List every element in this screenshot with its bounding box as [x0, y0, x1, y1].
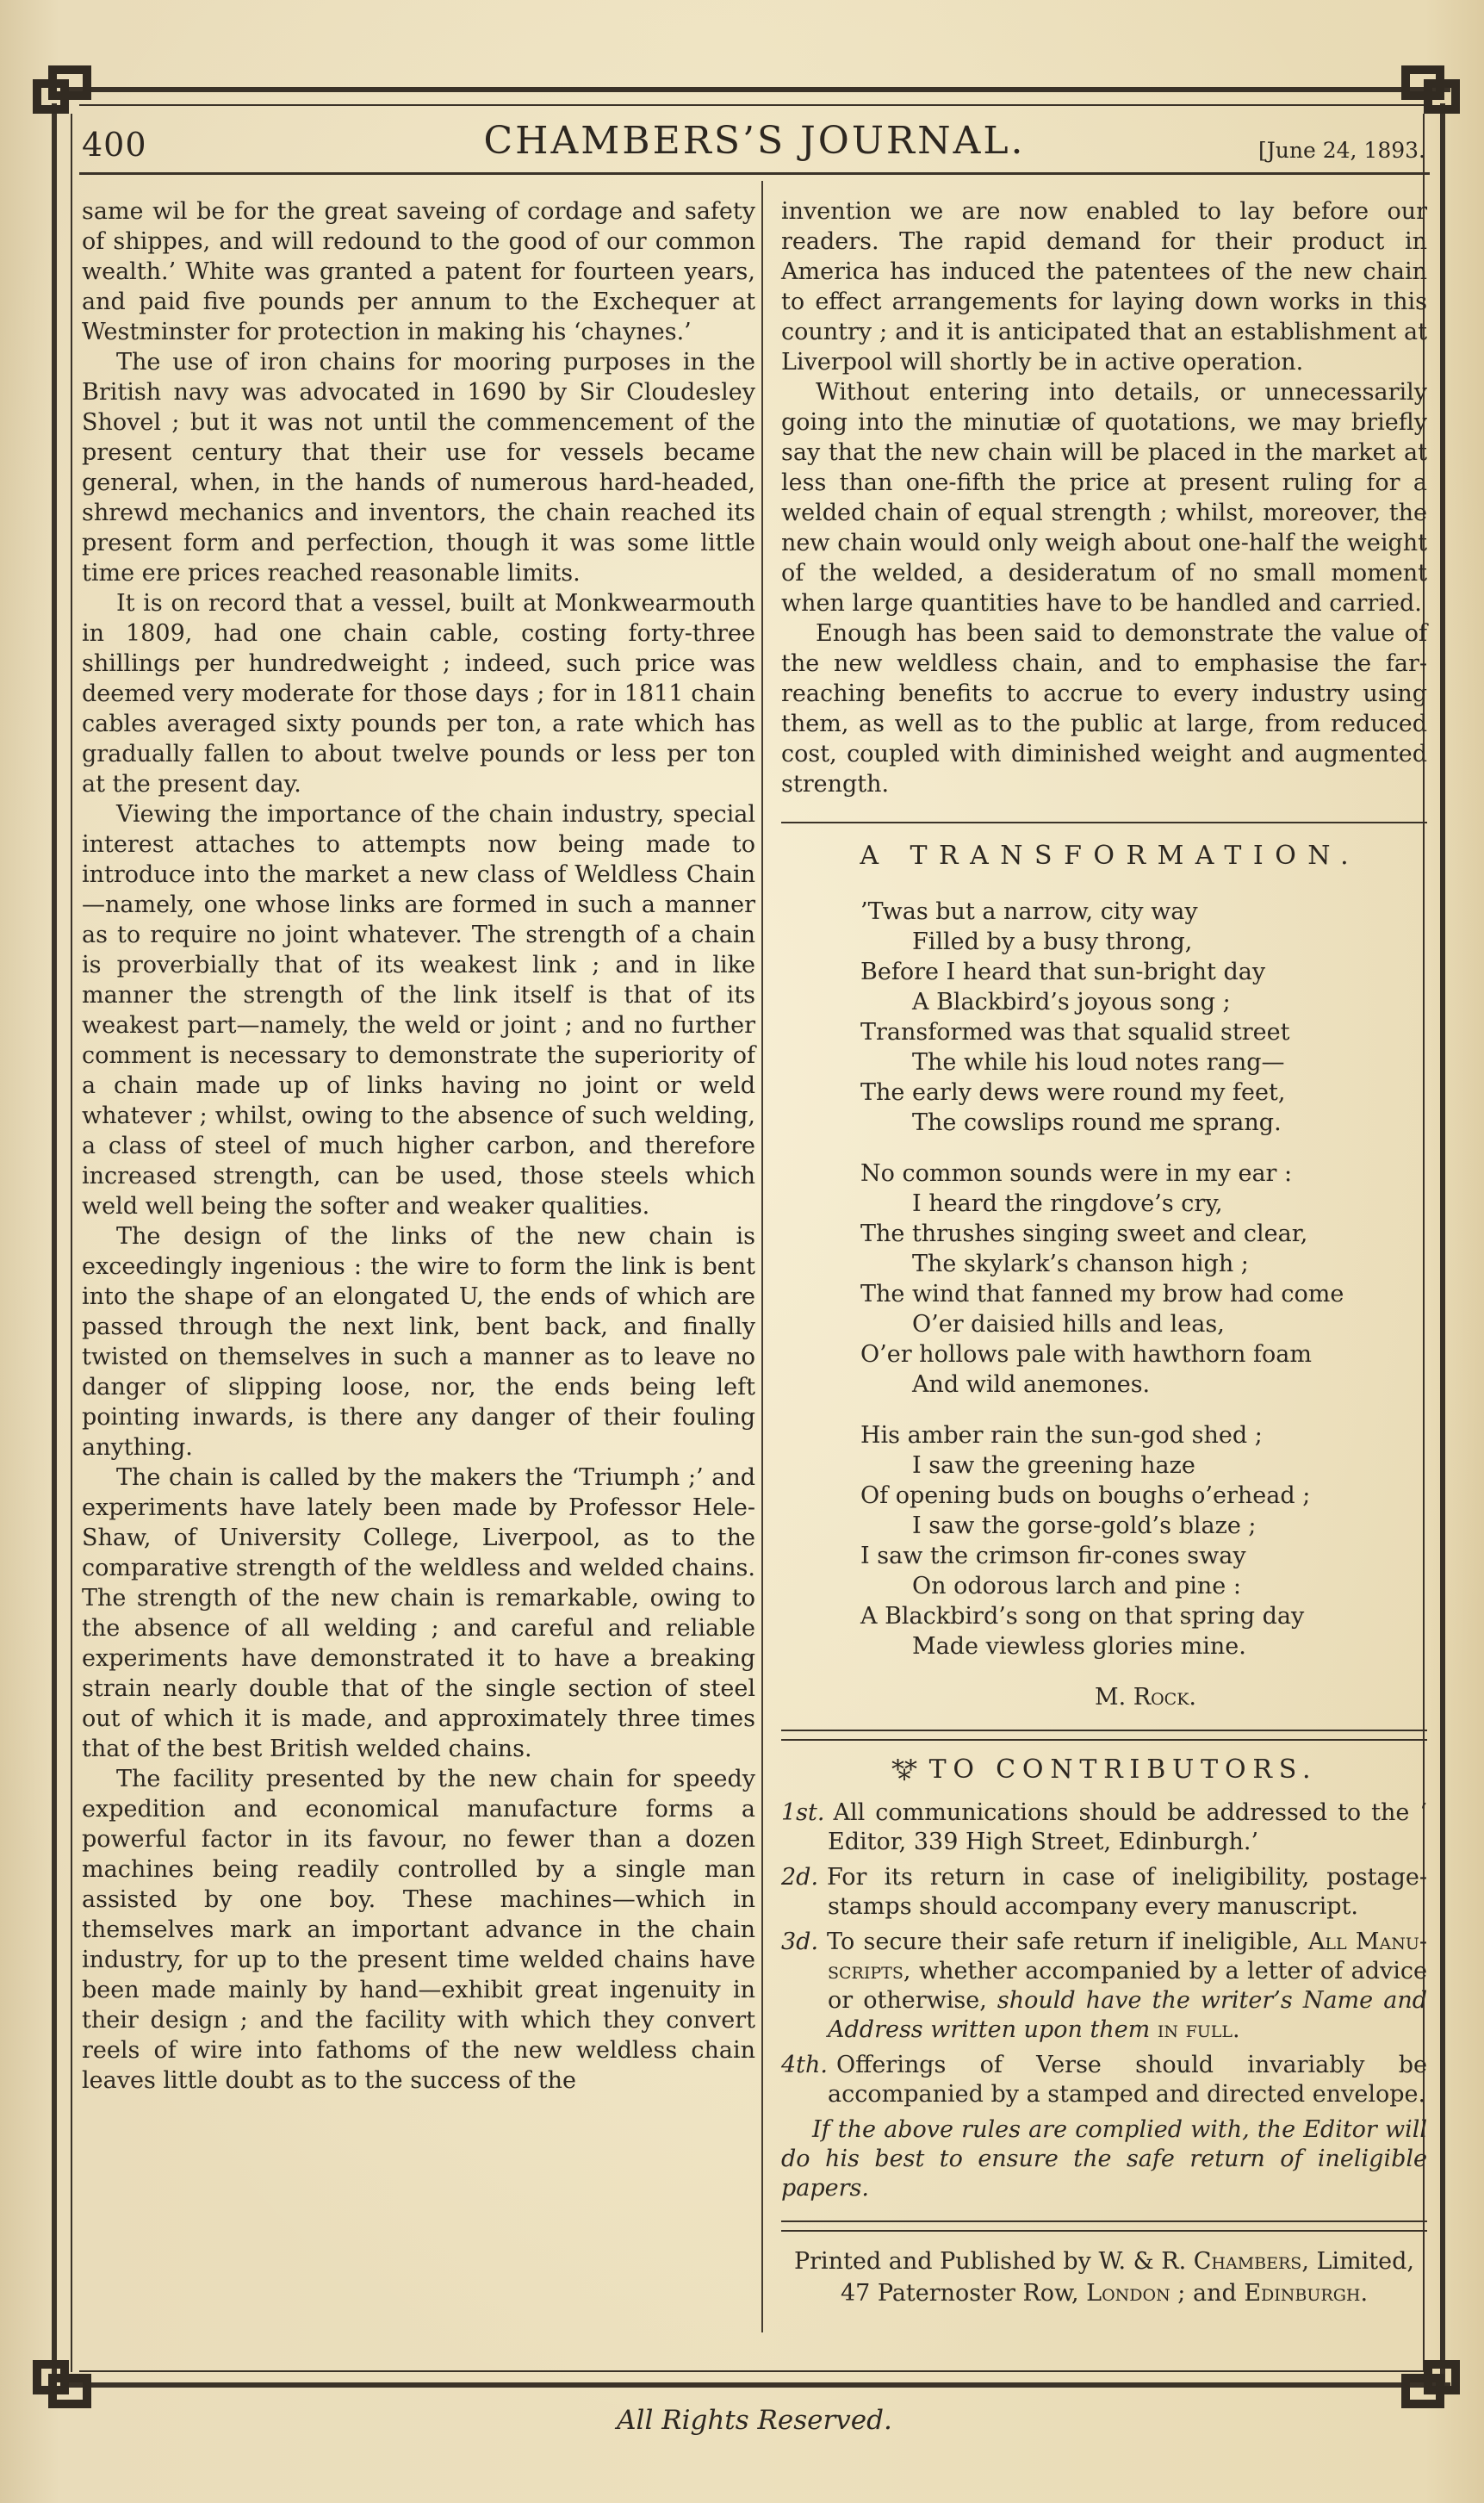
rule-item-text: All communications should be addressed t…	[828, 1799, 1427, 1855]
poem-line: No common sounds were in my ear :	[781, 1158, 1427, 1189]
border-bottom-thin-rule	[79, 2370, 1431, 2372]
issue-date: [June 24, 1893.	[1258, 138, 1425, 163]
contributors-rule-item: 4th.Offerings of Verse should invariably…	[781, 2051, 1427, 2109]
column-divider-rule	[761, 181, 763, 2332]
border-top-thin-rule	[79, 104, 1431, 106]
poem-line: ’Twas but a narrow, city way	[781, 897, 1427, 927]
rule-item-label: 1st.	[781, 1799, 833, 1826]
article-paragraph: same wil be for the great saveing of cor…	[82, 196, 755, 347]
poem-stanza: His amber rain the sun-god shed ; I saw …	[781, 1420, 1427, 1661]
article-paragraph: Enough has been said to demonstrate the …	[781, 618, 1427, 799]
poem-line: Transformed was that squalid street	[781, 1017, 1427, 1047]
poem-title: A TRANSFORMATION.	[781, 841, 1427, 871]
corner-ornament-top-right	[1393, 65, 1460, 121]
article-paragraph: The use of iron chains for mooring purpo…	[82, 347, 755, 588]
publisher-imprint: Printed and Published by W. & R. Chamber…	[781, 2245, 1427, 2309]
border-right-thick-rule	[1440, 103, 1445, 2384]
corner-ornament-bottom-right	[1393, 2353, 1460, 2408]
asterism-icon: ⁂	[891, 1753, 917, 1783]
poem-line: The while his loud notes rang—	[781, 1047, 1427, 1078]
rule-item-label: 2d.	[781, 1864, 827, 1891]
journal-title: CHAMBERS’S JOURNAL.	[82, 119, 1427, 163]
rule-item-text: For its return in case of ineligibility,…	[827, 1864, 1427, 1920]
contributors-heading-label: TO CONTRIBUTORS.	[929, 1755, 1318, 1785]
article-paragraph: The chain is called by the makers the ‘T…	[82, 1463, 755, 1764]
poem-line: And wild anemones.	[781, 1370, 1427, 1400]
rights-reserved-footer: All Rights Reserved.	[82, 2405, 1427, 2436]
rule-item-label: 3d.	[781, 1928, 827, 1955]
contributors-heading: ⁂TO CONTRIBUTORS.	[781, 1755, 1427, 1785]
poem-stanza: No common sounds were in my ear : I hear…	[781, 1158, 1427, 1400]
article-paragraph: The facility presented by the new chain …	[82, 1764, 755, 2096]
poem-line: O’er hollows pale with hawthorn foam	[781, 1339, 1427, 1370]
poem-stanza: ’Twas but a narrow, city way Filled by a…	[781, 897, 1427, 1138]
header-rule	[79, 172, 1430, 175]
poem-line: I saw the greening haze	[781, 1450, 1427, 1481]
article-paragraph: The design of the links of the new chain…	[82, 1221, 755, 1463]
border-left-thick-rule	[52, 103, 57, 2384]
border-top-thick-rule	[60, 87, 1450, 92]
article-paragraph: Without entering into details, or unnece…	[781, 377, 1427, 618]
border-left-thin-rule	[71, 114, 72, 2372]
poem-line: Made viewless glories mine.	[781, 1631, 1427, 1661]
poem-line: A Blackbird’s song on that spring day	[781, 1601, 1427, 1631]
poem-line: His amber rain the sun-god shed ;	[781, 1420, 1427, 1450]
poem-line: The wind that fanned my brow had come	[781, 1279, 1427, 1309]
article-paragraph: Viewing the importance of the chain indu…	[82, 799, 755, 1221]
section-divider-double-rule	[781, 2220, 1427, 2232]
border-bottom-thick-rule	[60, 2382, 1450, 2388]
poem-line: The thrushes singing sweet and clear,	[781, 1219, 1427, 1249]
poem-line: On odorous larch and pine :	[781, 1571, 1427, 1601]
corner-ornament-bottom-left	[33, 2353, 100, 2408]
right-column: invention we are now enabled to lay befo…	[781, 196, 1427, 2309]
section-divider-rule	[781, 822, 1427, 823]
section-divider-double-rule	[781, 1730, 1427, 1741]
poem-line: A Blackbird’s joyous song ;	[781, 987, 1427, 1017]
poem-line: I heard the ringdove’s cry,	[781, 1189, 1427, 1219]
rule-item-text: To secure their safe return if ineligibl…	[827, 1928, 1427, 2043]
rule-item-label: 4th.	[781, 2052, 836, 2078]
contributors-rule-item: 1st.All communications should be address…	[781, 1798, 1427, 1857]
poem-line: I saw the crimson fir-cones sway	[781, 1541, 1427, 1571]
imprint-line: Printed and Published by W. & R. Chamber…	[781, 2245, 1427, 2277]
contributors-rule-item: 3d.To secure their safe return if inelig…	[781, 1928, 1427, 2045]
poem-line: Before I heard that sun-bright day	[781, 957, 1427, 987]
contributors-rule-item: 2d.For its return in case of ineligibili…	[781, 1863, 1427, 1922]
contributors-note: If the above rules are complied with, th…	[781, 2115, 1427, 2203]
corner-ornament-top-left	[33, 65, 100, 121]
article-paragraph: invention we are now enabled to lay befo…	[781, 196, 1427, 377]
running-head: 400 CHAMBERS’S JOURNAL. [June 24, 1893.	[82, 119, 1427, 171]
article-paragraph: It is on record that a vessel, built at …	[82, 588, 755, 799]
rule-item-text: Offerings of Verse should invariably be …	[828, 2052, 1427, 2108]
left-column: same wil be for the great saveing of cor…	[82, 196, 755, 2341]
scanned-journal-page: { "page": { "number": "400", "title": "C…	[0, 0, 1484, 2503]
poem-line: Of opening buds on boughs o’erhead ;	[781, 1481, 1427, 1511]
poem-line: O’er daisied hills and leas,	[781, 1309, 1427, 1339]
imprint-line: 47 Paternoster Row, London ; and Edinbur…	[781, 2277, 1427, 2309]
poem-line: The cowslips round me sprang.	[781, 1108, 1427, 1138]
poem-line: Filled by a busy throng,	[781, 927, 1427, 957]
poem-line: The early dews were round my feet,	[781, 1078, 1427, 1108]
poem-line: I saw the gorse-gold’s blaze ;	[781, 1511, 1427, 1541]
poem-line: The skylark’s chanson high ;	[781, 1249, 1427, 1279]
poem-author-signature: M. Rock.	[781, 1682, 1427, 1712]
